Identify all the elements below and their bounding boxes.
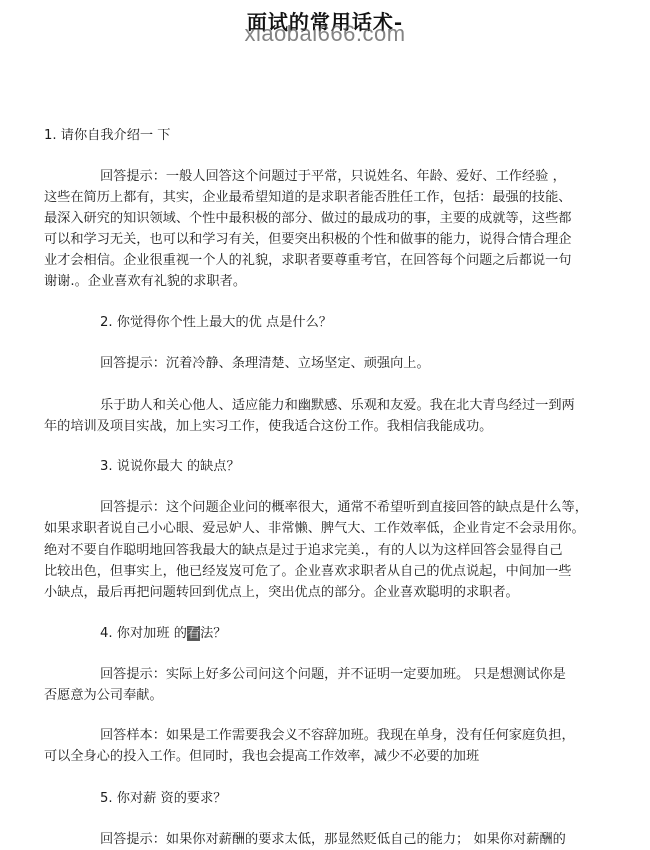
answer-1-line-2: 这些在简历上都有，其实，企业最希望知道的是求职者能否胜任工作，包括：最强的技能、 xyxy=(44,189,572,207)
answer-3-line-3: 绝对不要自作聪明地回答我最大的缺点是过于追求完美.，有的人以为这样回答会显得自己 xyxy=(44,542,563,560)
sample-4-line-1: 回答样本：如果是工作需要我会义不容辞加班。我现在单身，没有任何家庭负担， xyxy=(100,727,575,745)
answer-3-line-4: 比较出色，但事实上，他已经岌岌可危了。企业喜欢求职者从自己的优点说起，中间加一些 xyxy=(44,563,572,581)
answer-3-line-5: 小缺点，最后再把问题转回到优点上，突出优点的部分。企业喜欢聪明的求职者。 xyxy=(44,584,519,602)
answer-1-line-4: 可以和学习无关，也可以和学习有关，但要突出积极的个性和做事的能力，说得合情合理企 xyxy=(44,231,572,249)
answer-3-line-1: 回答提示：这个问题企业问的概率很大，通常不希望听到直接回答的缺点是什么等， xyxy=(100,499,588,517)
answer-2-line-1: 回答提示：沉着冷静、条理清楚、立场坚定、顽强向上。 xyxy=(100,355,430,373)
answer-1-line-6: 谢谢.。企业喜欢有礼貌的求职者。 xyxy=(44,273,246,291)
answer-2b-line-1: 乐于助人和关心他人、适应能力和幽默感、乐观和友爱。我在北大青鸟经过一到两 xyxy=(100,397,575,415)
answer-4-line-1: 回答提示：实际上好多公司问这个问题，并不证明一定要加班。 只是想测试你是 xyxy=(100,666,566,684)
question-4-highlight: 看 xyxy=(187,626,200,641)
answer-5-line-1: 回答提示：如果你对薪酬的要求太低，那显然贬低自己的能力； 如果你对薪酬的 xyxy=(100,831,566,849)
question-2: 2. 你觉得你个性上最大的优 点是什么？ xyxy=(100,314,332,332)
document-page: 面试的常用话术- xiaobai666.com 1. 请你自我介绍一 下 回答提… xyxy=(0,0,650,850)
watermark: xiaobai666.com xyxy=(0,21,650,47)
sample-4-line-2: 可以全身心的投入工作。但同时，我也会提高工作效率，减少不必要的加班 xyxy=(44,748,479,766)
answer-2b-line-2: 年的培训及项目实战，加上实习工作，使我适合这份工作。我相信我能成功。 xyxy=(44,418,492,436)
answer-1-line-1: 回答提示：一般人回答这个问题过于平常，只说姓名、年龄、爱好、工作经验 ， xyxy=(100,168,566,186)
answer-3-line-2: 如果求职者说自己小心眼、爱忌妒人、非常懒、脾气大、工作效率低，企业肯定不会录用你… xyxy=(44,520,585,538)
question-3: 3. 说说你最大 的缺点？ xyxy=(100,458,240,476)
title-block: 面试的常用话术- xiaobai666.com xyxy=(0,6,650,50)
question-1: 1. 请你自我介绍一 下 xyxy=(44,127,170,145)
answer-1-line-5: 业才会相信。企业很重视一个人的礼貌，求职者要尊重考官，在回答每个问题之后都说一句 xyxy=(44,252,572,270)
answer-1-line-3: 最深入研究的知识领域、个性中最积极的部分、做过的最成功的事，主要的成就等，这些都 xyxy=(44,210,572,228)
answer-4-line-2: 否愿意为公司奉献。 xyxy=(44,687,163,705)
question-5: 5. 你对薪 资的要求？ xyxy=(100,790,226,808)
question-4: 4. 你对加班 的看法？ xyxy=(100,625,226,643)
question-4-part-3: 法？ xyxy=(200,626,226,641)
question-4-part-1: 4. 你对加班 的 xyxy=(100,626,187,641)
